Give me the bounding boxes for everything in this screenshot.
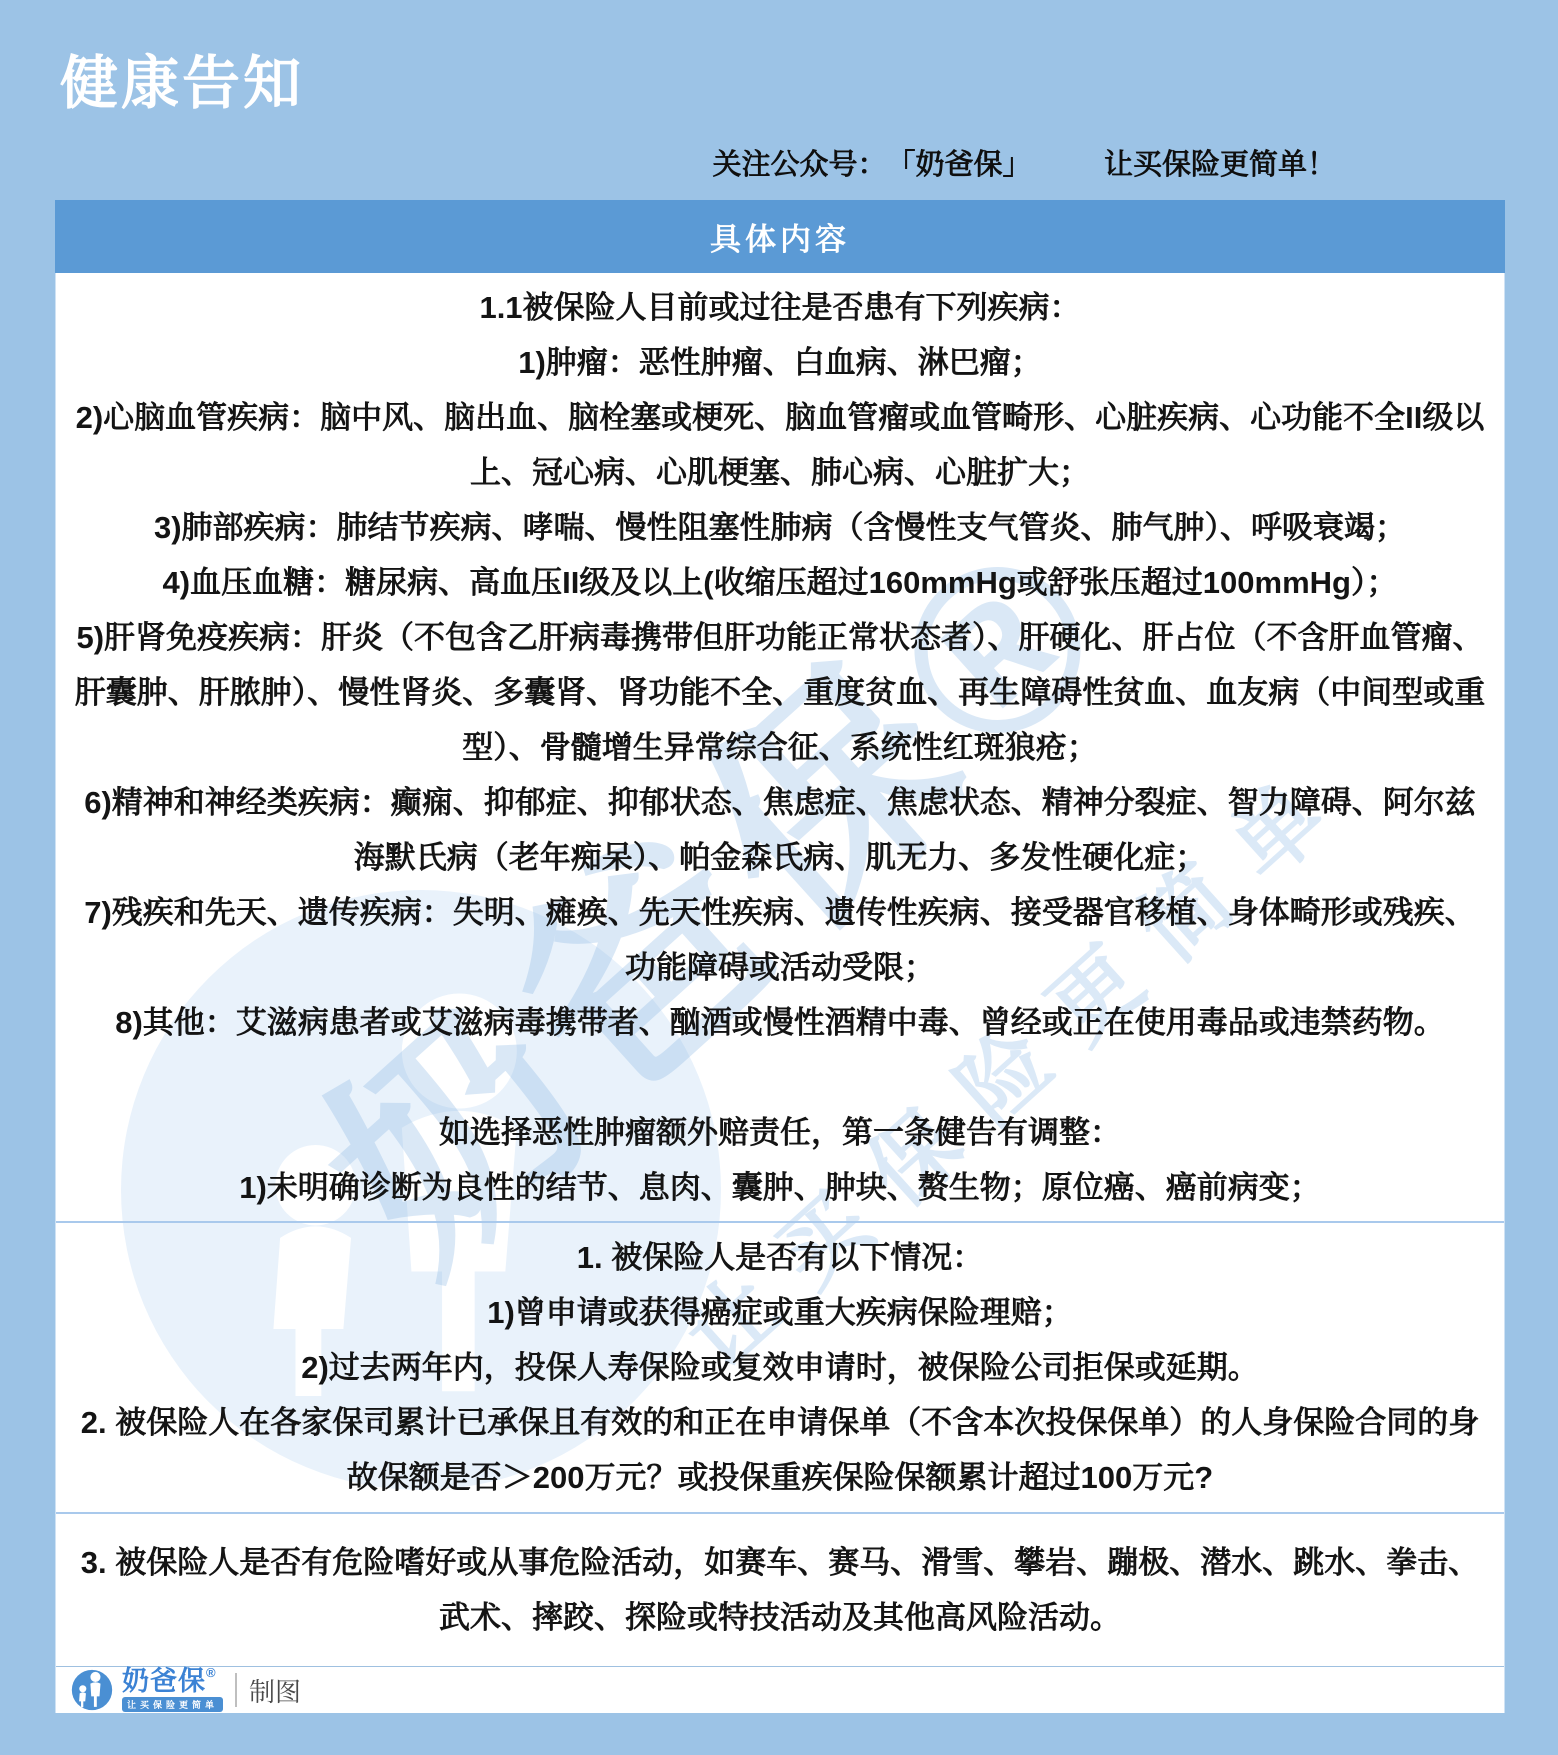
text-line: 如选择恶性肿瘤额外赔责任，第一条健告有调整：: [56, 1105, 1504, 1160]
text-line: 5)肝肾免疫疾病：肝炎（不包含乙肝病毒携带但肝功能正常状态者）、肝硬化、肝占位（…: [56, 610, 1504, 775]
text-line: 4)血压血糖：糖尿病、高血压II级及以上(收缩压超过160mmHg或舒张压超过1…: [56, 555, 1504, 610]
text-line: 8)其他：艾滋病患者或艾滋病毒携带者、酗酒或慢性酒精中毒、曾经或正在使用毒品或违…: [56, 995, 1504, 1050]
card-footer: 奶爸保 ® 让买保险更简单 制图: [56, 1666, 1504, 1713]
section-health-questions: 1.1被保险人目前或过往是否患有下列疾病：1)肿瘤：恶性肿瘤、白血病、淋巴瘤；2…: [56, 273, 1504, 1221]
text-line: 3. 被保险人是否有危险嗜好或从事危险活动，如赛车、赛马、滑雪、攀岩、蹦极、潜水…: [56, 1535, 1504, 1645]
text-line: 7)残疾和先天、遗传疾病：失明、瘫痪、先天性疾病、遗传性疾病、接受器官移植、身体…: [56, 885, 1504, 995]
footer-divider: [235, 1673, 237, 1707]
text-line: 3)肺部疾病：肺结节疾病、哮喘、慢性阻塞性肺病（含慢性支气管炎、肺气肿）、呼吸衰…: [56, 500, 1504, 555]
text-line: 1.1被保险人目前或过往是否患有下列疾病：: [56, 280, 1504, 335]
brand-slogan-badge: 让买保险更简单: [122, 1697, 223, 1712]
content-card: 具体内容 奶爸保® 让买保险更简单 1.1被保险人目前或过往是否患有下列疾病：1…: [55, 200, 1505, 1713]
text-line: 1)肿瘤：恶性肿瘤、白血病、淋巴瘤；: [56, 335, 1504, 390]
card-header: 具体内容: [55, 200, 1505, 273]
section-claims-history: 1. 被保险人是否有以下情况：1)曾申请或获得癌症或重大疾病保险理赔；2)过去两…: [56, 1221, 1504, 1512]
card-body: 奶爸保® 让买保险更简单 1.1被保险人目前或过往是否患有下列疾病：1)肿瘤：恶…: [55, 273, 1505, 1713]
brand-logo-badge: 奶爸保 ® 让买保险更简单: [70, 1667, 223, 1713]
page: { "page": { "title": "健康告知", "subtitle":…: [0, 0, 1558, 1755]
brand-row: 奶爸保 ®: [122, 1668, 216, 1695]
credit-label: 制图: [249, 1672, 301, 1709]
text-line: 2)心脑血管疾病：脑中风、脑出血、脑栓塞或梗死、脑血管瘤或血管畸形、心脏疾病、心…: [56, 390, 1504, 500]
text-line: 2. 被保险人在各家保司累计已承保且有效的和正在申请保单（不含本次投保保单）的人…: [56, 1395, 1504, 1505]
text-line: 6)精神和神经类疾病：癫痫、抑郁症、抑郁状态、焦虑症、焦虑状态、精神分裂症、智力…: [56, 775, 1504, 885]
brand-logo-icon: [70, 1667, 114, 1713]
text-line: 1)曾申请或获得癌症或重大疾病保险理赔；: [56, 1285, 1504, 1340]
text-line: 2)过去两年内，投保人寿保险或复效申请时，被保险公司拒保或延期。: [56, 1340, 1504, 1395]
brand-block: 奶爸保 ® 让买保险更简单: [122, 1668, 223, 1712]
registered-mark-icon: ®: [206, 1666, 216, 1679]
card-header-label: 具体内容: [710, 214, 850, 259]
section-risky-activities: 3. 被保险人是否有危险嗜好或从事危险活动，如赛车、赛马、滑雪、攀岩、蹦极、潜水…: [56, 1512, 1504, 1666]
page-subtitle: 关注公众号： 「奶爸保」 让买保险更简单！: [712, 142, 1336, 183]
page-title: 健康告知: [60, 36, 304, 120]
brand-name: 奶爸保: [122, 1668, 206, 1695]
text-line: 1. 被保险人是否有以下情况：: [56, 1230, 1504, 1285]
text-line: 1)未明确诊断为良性的结节、息肉、囊肿、肿块、赘生物；原位癌、癌前病变；: [56, 1160, 1504, 1215]
